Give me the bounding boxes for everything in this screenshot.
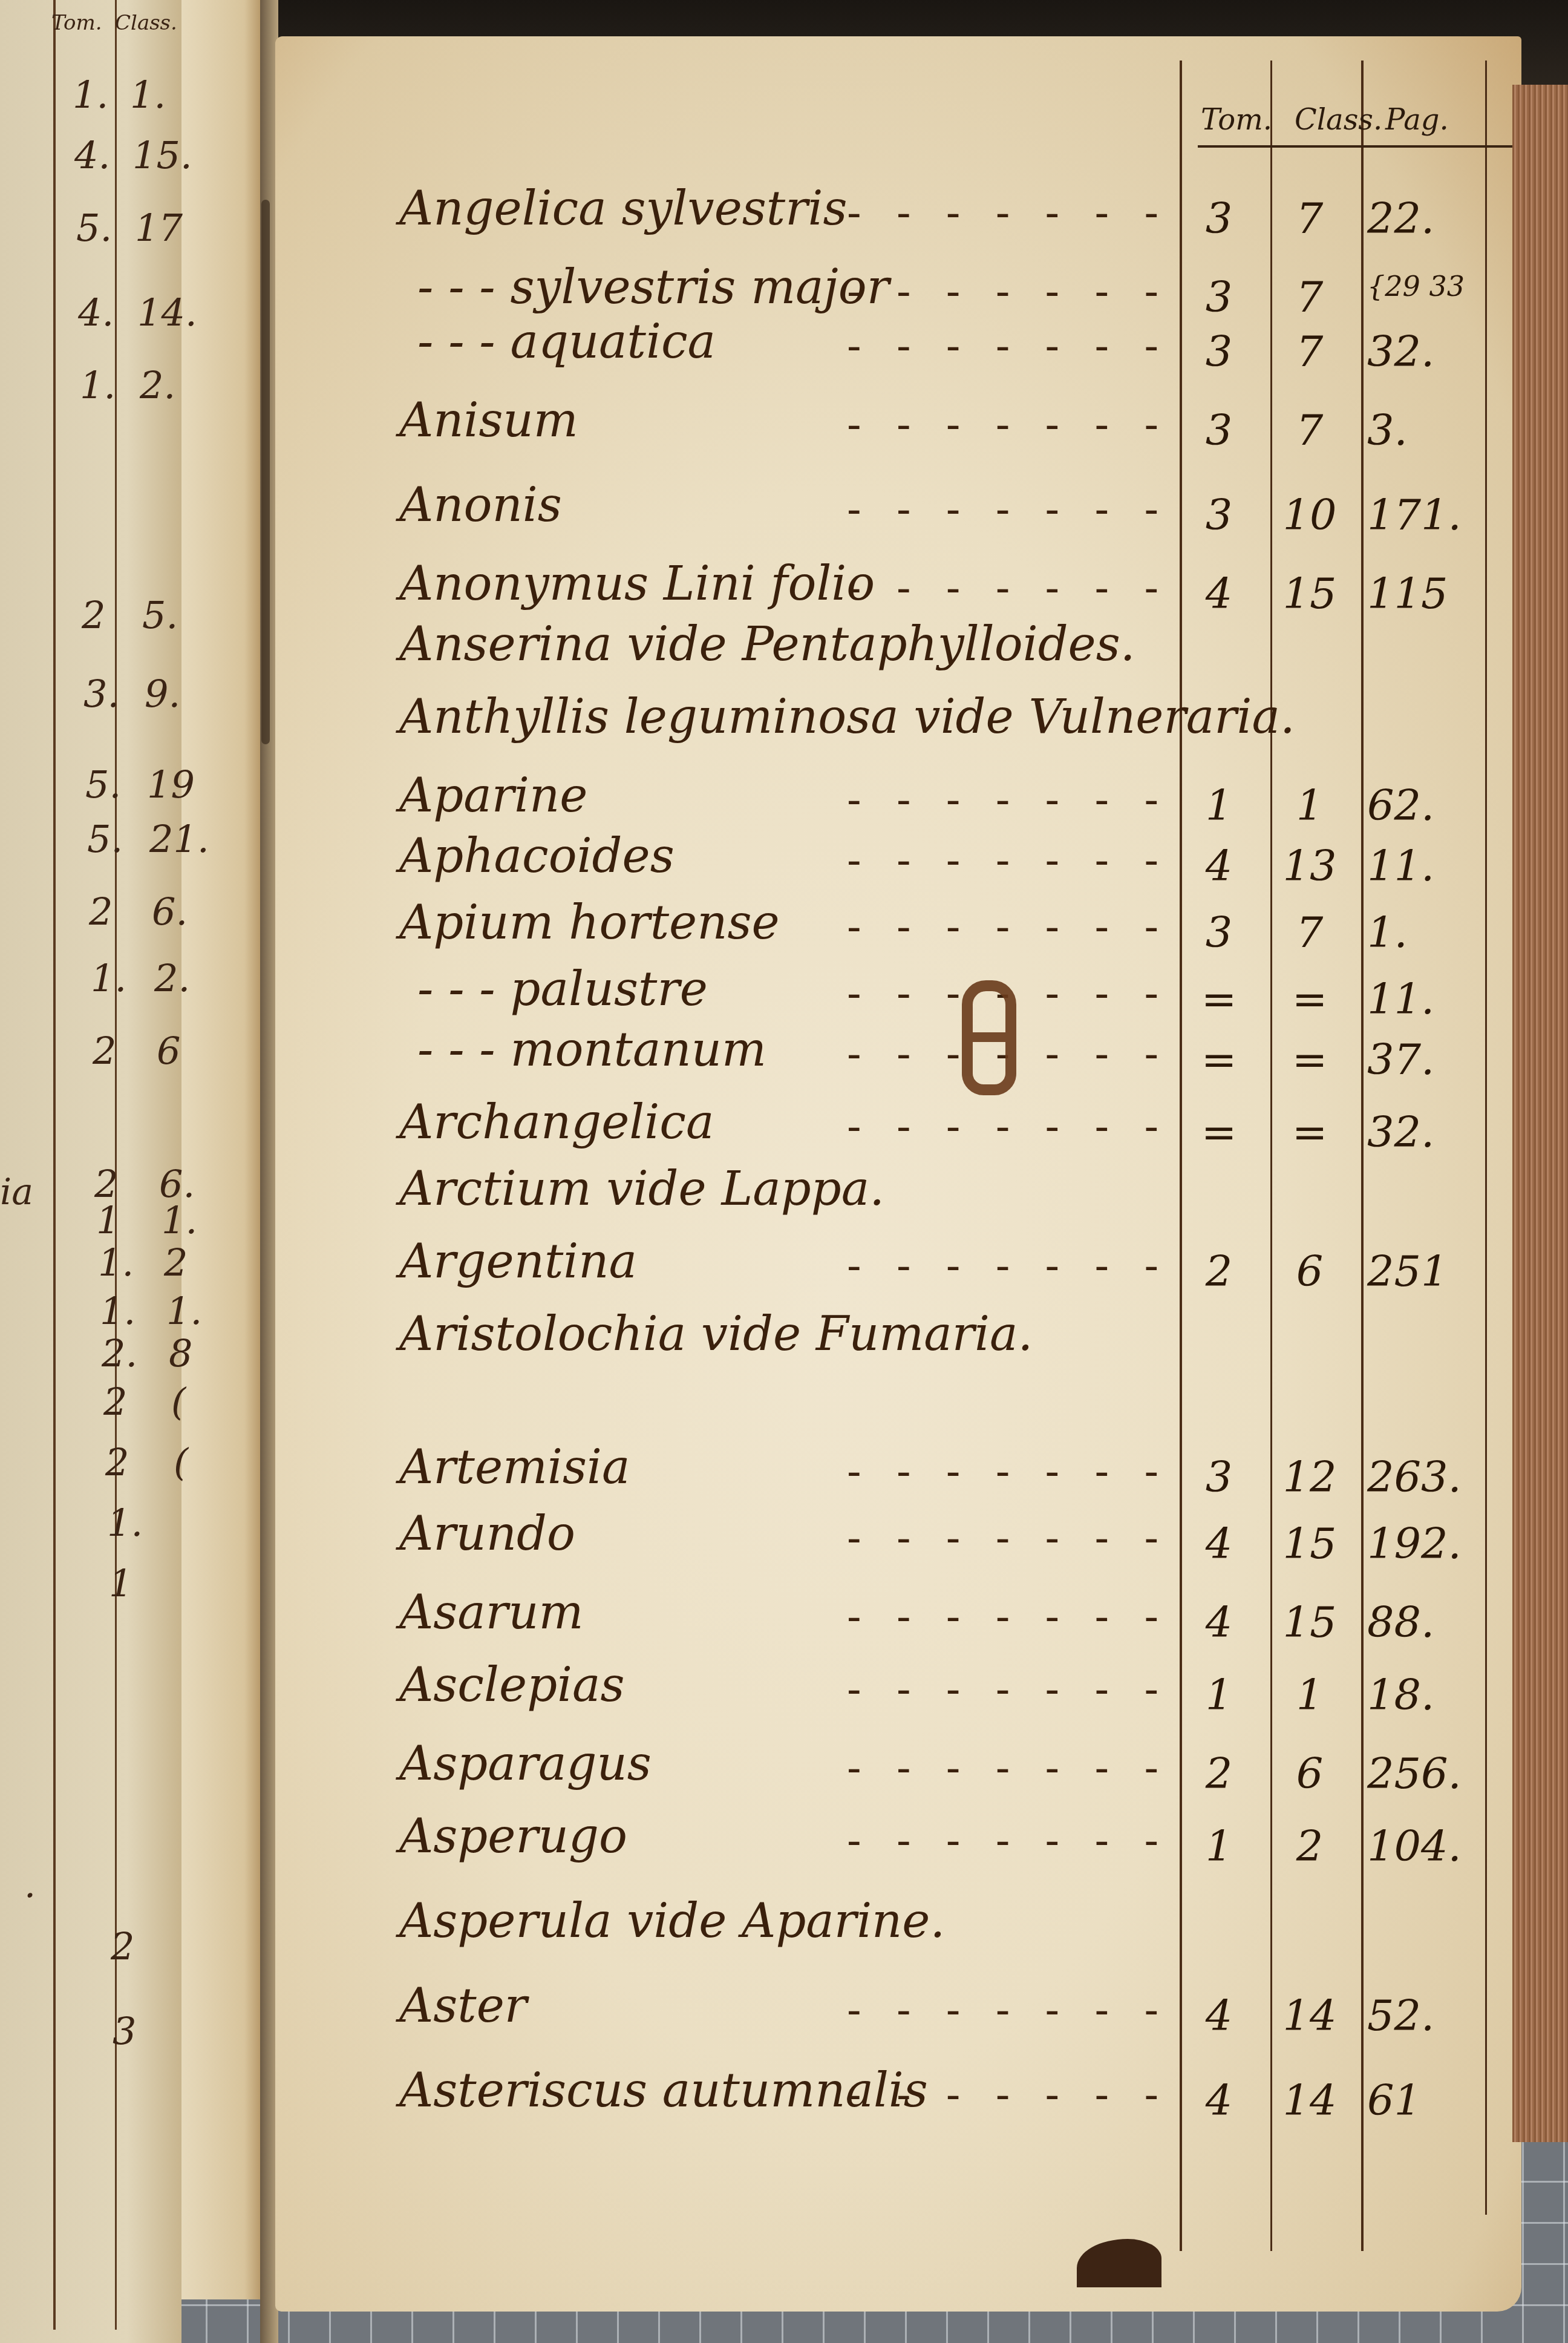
entry-name: Arctium vide Lappa. xyxy=(399,1162,884,1216)
index-entry: Artemisia- - - - - - - - - -312263. xyxy=(0,1440,1568,1513)
header-pag: Pag. xyxy=(1385,103,1449,137)
entry-class: = xyxy=(1276,1035,1343,1084)
index-entry: Aristolochia vide Fumaria. xyxy=(0,1307,1568,1380)
entry-class: 10 xyxy=(1276,490,1343,540)
entry-tom: 3 xyxy=(1186,1452,1252,1502)
leader-dashes: - - - - - - - - - - xyxy=(847,484,1174,534)
left-entry-class: 1. xyxy=(130,73,166,117)
header-class: Class. xyxy=(1295,103,1382,137)
entry-class: 6 xyxy=(1276,1247,1343,1296)
index-entry: Asperugo- - - - - - - - - -12104. xyxy=(0,1809,1568,1882)
left-header-tom: Tom. xyxy=(51,11,102,35)
leader-dashes: - - - - - - - - - - xyxy=(847,266,1174,316)
entry-pag: 37. xyxy=(1367,1035,1476,1084)
library-stamp-letter xyxy=(962,980,1016,1095)
entry-pag: 88. xyxy=(1367,1597,1476,1647)
entry-pag: 3. xyxy=(1367,405,1476,455)
entry-name: - - - aquatica xyxy=(417,315,716,369)
entry-name: Aster xyxy=(399,1979,527,2033)
leader-dashes: - - - - - - - - - - xyxy=(847,321,1174,370)
entry-class: 15 xyxy=(1276,1519,1343,1568)
entry-pag: 22. xyxy=(1367,194,1476,243)
left-header-class: Class. xyxy=(115,11,177,35)
index-entry: Anisum- - - - - - - - - -373. xyxy=(0,393,1568,466)
entry-name: Apium hortense xyxy=(399,896,780,950)
entry-tom: 4 xyxy=(1186,1519,1252,1568)
entry-class: 7 xyxy=(1276,405,1343,455)
entry-name: Anserina vide Pentaphylloides. xyxy=(399,617,1135,672)
entry-pag: 52. xyxy=(1367,1991,1476,2040)
entry-pag: 171. xyxy=(1367,490,1476,540)
entry-name: Aparine xyxy=(399,768,587,823)
leader-dashes: - - - - - - - - - - xyxy=(847,563,1174,612)
entry-tom: 4 xyxy=(1186,569,1252,618)
index-entry: Archangelica- - - - - - - - - -==32. xyxy=(0,1095,1568,1168)
entry-tom: 1 xyxy=(1186,1821,1252,1871)
index-entry: Aphacoides- - - - - - - - - -41311. xyxy=(0,829,1568,902)
entry-tom: = xyxy=(1186,1035,1252,1084)
index-entry: Angelica sylvestris- - - - - - - - - -37… xyxy=(0,182,1568,254)
index-entry: Aster- - - - - - - - - -41452. xyxy=(0,1979,1568,2051)
entry-name: Archangelica xyxy=(399,1095,714,1150)
left-entry-tom: 1. xyxy=(73,73,108,117)
entry-pag: 263. xyxy=(1367,1452,1476,1502)
entry-tom: 2 xyxy=(1186,1247,1252,1296)
entry-name: Angelica sylvestris xyxy=(399,182,847,236)
leader-dashes: - - - - - - - - - - xyxy=(847,1815,1174,1865)
entry-name: Anonymus Lini folio xyxy=(399,557,875,611)
entry-name: Arundo xyxy=(399,1507,575,1561)
leader-dashes: - - - - - - - - - - xyxy=(847,1240,1174,1290)
index-entry: Asclepias- - - - - - - - - -1118. xyxy=(0,1658,1568,1731)
header-tom: Tom. xyxy=(1201,103,1272,137)
entry-class: = xyxy=(1276,1107,1343,1157)
leader-dashes: - - - - - - - - - - xyxy=(847,835,1174,885)
entry-name: Asarum xyxy=(399,1585,583,1640)
entry-tom: 3 xyxy=(1186,327,1252,376)
index-entry: Asperula vide Aparine. xyxy=(0,1894,1568,1967)
index-entry: Anonis- - - - - - - - - -310171. xyxy=(0,478,1568,551)
entry-name: - - - montanum xyxy=(417,1023,766,1077)
entry-class: 12 xyxy=(1276,1452,1343,1502)
entry-class: 7 xyxy=(1276,194,1343,243)
entry-pag: 192. xyxy=(1367,1519,1476,1568)
leader-dashes: - - - - - - - - - - xyxy=(847,1743,1174,1792)
entry-class: 2 xyxy=(1276,1821,1343,1871)
leader-dashes: - - - - - - - - - - xyxy=(847,1446,1174,1496)
entry-tom: 3 xyxy=(1186,490,1252,540)
left-entry-class: 15. xyxy=(132,133,192,177)
entry-class: 14 xyxy=(1276,1991,1343,2040)
index-entry: Anthyllis leguminosa vide Vulneraria. xyxy=(0,690,1568,762)
entry-name: Asclepias xyxy=(399,1658,625,1712)
header-underline xyxy=(1198,145,1512,148)
entry-name: Anonis xyxy=(399,478,562,532)
left-entry-class: ( xyxy=(171,1380,186,1424)
leader-dashes: - - - - - - - - - - xyxy=(847,1664,1174,1714)
leader-dashes: - - - - - - - - - - xyxy=(847,902,1174,951)
entry-tom: 3 xyxy=(1186,194,1252,243)
entry-class: 7 xyxy=(1276,908,1343,957)
leader-dashes: - - - - - - - - - - xyxy=(847,1101,1174,1151)
entry-pag: 256. xyxy=(1367,1749,1476,1798)
leader-dashes: - - - - - - - - - - xyxy=(847,775,1174,824)
entry-tom: = xyxy=(1186,974,1252,1024)
entry-tom: = xyxy=(1186,1107,1252,1157)
entry-tom: 1 xyxy=(1186,781,1252,830)
entry-class: 14 xyxy=(1276,2076,1343,2125)
entry-pag: 11. xyxy=(1367,841,1476,891)
entry-tom: 2 xyxy=(1186,1749,1252,1798)
entry-class: 15 xyxy=(1276,569,1343,618)
entry-name: Asperula vide Aparine. xyxy=(399,1894,945,1948)
leader-dashes: - - - - - - - - - - xyxy=(847,2069,1174,2119)
entry-class: 1 xyxy=(1276,1670,1343,1720)
leader-dashes: - - - - - - - - - - xyxy=(847,1591,1174,1641)
entry-name: Aristolochia vide Fumaria. xyxy=(399,1307,1033,1362)
entry-name: Asperugo xyxy=(399,1809,627,1864)
entry-name: Asparagus xyxy=(399,1737,652,1791)
entry-class: 13 xyxy=(1276,841,1343,891)
entry-pag: 32. xyxy=(1367,1107,1476,1157)
entry-pag: 251 xyxy=(1367,1247,1476,1296)
entry-name: Anisum xyxy=(399,393,578,448)
entry-tom: 4 xyxy=(1186,1597,1252,1647)
entry-name: Artemisia xyxy=(399,1440,630,1495)
entry-pag: 61 xyxy=(1367,2076,1476,2125)
entry-class: = xyxy=(1276,974,1343,1024)
index-entry: - - - montanum- - - - - - - - - -==37. xyxy=(0,1023,1568,1095)
entry-tom: 4 xyxy=(1186,1991,1252,2040)
entry-tom: 4 xyxy=(1186,2076,1252,2125)
entry-tom: 3 xyxy=(1186,908,1252,957)
entry-tom: 3 xyxy=(1186,405,1252,455)
leader-dashes: - - - - - - - - - - xyxy=(847,188,1174,237)
entry-name: Argentina xyxy=(399,1234,637,1289)
leader-dashes: - - - - - - - - - - xyxy=(847,1985,1174,2034)
index-entry: - - - aquatica- - - - - - - - - -3732. xyxy=(0,315,1568,387)
index-entry: Asparagus- - - - - - - - - -26256. xyxy=(0,1737,1568,1809)
entry-tom: 4 xyxy=(1186,841,1252,891)
index-entry: Argentina- - - - - - - - - -26251 xyxy=(0,1234,1568,1307)
entry-pag: 11. xyxy=(1367,974,1476,1024)
left-entry-tom: 4. xyxy=(74,133,110,177)
leader-dashes: - - - - - - - - - - xyxy=(847,1513,1174,1562)
entry-name: - - - sylvestris major xyxy=(417,260,889,315)
entry-pag: 32. xyxy=(1367,327,1476,376)
entry-class: 6 xyxy=(1276,1749,1343,1798)
entry-name: Aphacoides xyxy=(399,829,675,883)
index-entry: Arundo- - - - - - - - - -415192. xyxy=(0,1507,1568,1579)
entry-tom: 1 xyxy=(1186,1670,1252,1720)
entry-pag: 115 xyxy=(1367,569,1476,618)
entry-pag: 1. xyxy=(1367,908,1476,957)
entry-pag: 18. xyxy=(1367,1670,1476,1720)
entry-pag: {29 33 xyxy=(1367,272,1476,300)
entry-class: 15 xyxy=(1276,1597,1343,1647)
index-entry: Apium hortense- - - - - - - - - -371. xyxy=(0,896,1568,968)
entry-class: 7 xyxy=(1276,327,1343,376)
index-entry: Asteriscus autumnalis- - - - - - - - - -… xyxy=(0,2063,1568,2136)
leader-dashes: - - - - - - - - - - xyxy=(847,399,1174,449)
entry-class: 1 xyxy=(1276,781,1343,830)
entry-pag: 104. xyxy=(1367,1821,1476,1871)
index-entry: Arctium vide Lappa. xyxy=(0,1162,1568,1234)
entry-name: - - - palustre xyxy=(417,962,708,1017)
index-entry: Asarum- - - - - - - - - -41588. xyxy=(0,1585,1568,1658)
left-entry-tom: 2 xyxy=(103,1380,127,1424)
entry-pag: 62. xyxy=(1367,781,1476,830)
entry-name: Anthyllis leguminosa vide Vulneraria. xyxy=(399,690,1295,744)
index-entry: Anserina vide Pentaphylloides. xyxy=(0,617,1568,690)
